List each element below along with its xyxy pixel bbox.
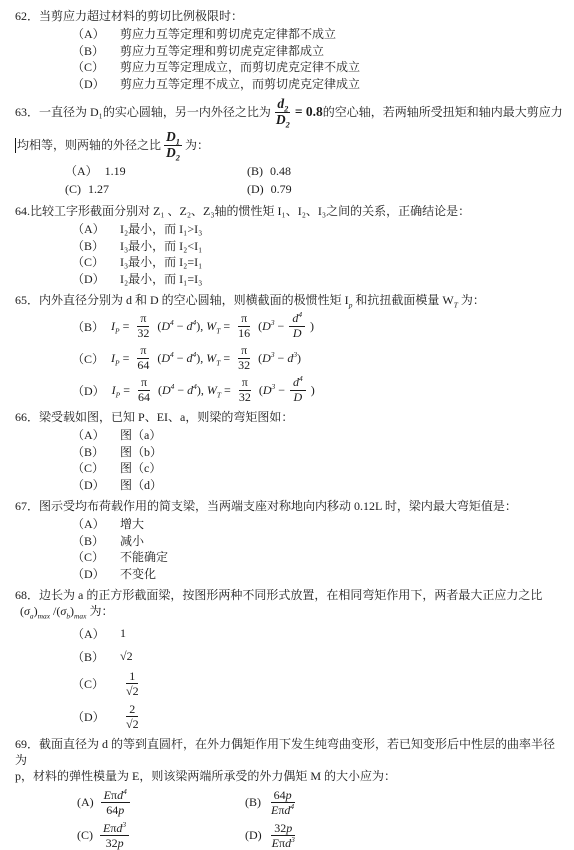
question-64: 64.比较工字形截面分别对 Z₁ 、Z₂、Z₃轴的惯性矩 I₁、I₂、I₃之间的…: [15, 203, 564, 287]
question-stem-tail: 为：: [185, 137, 209, 153]
option-label: （C）: [72, 460, 120, 477]
question-stem-cont: 均相等，则两轴的外径之比: [17, 137, 161, 153]
option-row: （B）√2: [72, 647, 564, 665]
question-number: 65．: [15, 293, 39, 307]
option-row: （A）1: [72, 624, 564, 642]
option-row: （A）图（a）: [72, 427, 564, 444]
fraction-numerator: 2: [126, 703, 138, 717]
question-63-head: 63．一直径为 D₁的实心圆轴，另一内外径之比为 d2D2 = 0.8 的空心轴…: [15, 97, 564, 127]
fraction: 1√2: [123, 670, 142, 698]
option-row: （B）减小: [72, 533, 564, 550]
question-64-head: 64.比较工字形截面分别对 Z₁ 、Z₂、Z₃轴的惯性矩 I₁、I₂、I₃之间的…: [15, 203, 564, 219]
fraction-numerator: D1: [164, 130, 182, 146]
fraction-denominator: D2: [164, 146, 182, 161]
question-62: 62．当剪应力超过材料的剪切比例极限时： （A）剪应力互等定理和剪切虎克定律都不…: [15, 8, 564, 92]
fraction: π32: [134, 312, 152, 340]
option-label: （D）: [72, 271, 120, 288]
question-69-head: 69．截面直径为 d 的等到直圆杆，在外力偶矩作用下发生纯弯曲变形，若已知变形后…: [15, 736, 564, 768]
fraction-denominator: 64: [134, 359, 152, 372]
formula-segment: ): [311, 383, 315, 398]
question-66: 66．梁受载如图，已知 P、EI、a，则梁的弯矩图如： （A）图（a） （B）图…: [15, 409, 564, 493]
option-label: （D）: [72, 566, 120, 583]
option-cell: (B)64pEπd4: [245, 789, 300, 817]
option-label: (C): [77, 828, 93, 843]
option-row: （D）2√2: [72, 703, 564, 731]
option-text: 图（d）: [120, 477, 162, 494]
option-label: (C): [65, 180, 81, 198]
option-row: （A）剪应力互等定理和剪切虎克定律都不成立: [72, 26, 564, 43]
question-63: 63．一直径为 D₁的实心圆轴，另一内外径之比为 d2D2 = 0.8 的空心轴…: [15, 97, 564, 198]
option-row: （D）I₂最小，而 I₁=I₃: [72, 271, 564, 288]
question-number: 62．: [15, 9, 39, 23]
fraction-d2-D2: d2D2: [274, 97, 292, 127]
fraction: π64: [134, 344, 152, 372]
option-row: （C）不能确定: [72, 549, 564, 566]
fraction: π32: [236, 376, 254, 404]
question-stem: 当剪应力超过材料的剪切比例极限时：: [39, 9, 243, 23]
fraction: 32pEπd3: [269, 822, 298, 850]
question-62-options: （A）剪应力互等定理和剪切虎克定律都不成立 （B）剪应力互等定理和剪切虎克定律都…: [72, 26, 564, 92]
fraction-denominator: D: [290, 327, 305, 340]
fraction-denominator: 32p: [103, 836, 127, 849]
option-text: 1.27: [88, 180, 109, 198]
fraction-denominator: 32: [134, 327, 152, 340]
option-text: 剪应力互等定理成立，而剪切虎克定律不成立: [120, 59, 360, 76]
option-cell: (D)32pEπd3: [245, 822, 301, 850]
option-label: （D）: [72, 477, 120, 494]
option-cell: (B)0.48: [247, 162, 429, 180]
option-label: （C）: [72, 254, 120, 271]
option-row: （C）剪应力互等定理成立，而剪切虎克定律不成立: [72, 59, 564, 76]
option-label: （C）: [72, 675, 120, 692]
option-row: （D）剪应力互等定理不成立，而剪切虎克定律成立: [72, 76, 564, 93]
question-65-head: 65．内外直径分别为 d 和 D 的空心圆轴，则横截面的极惯性矩 Ip 和抗扭截…: [15, 292, 564, 308]
question-number: 64.: [15, 204, 30, 218]
option-cell: (C)Eπd332p: [77, 822, 245, 850]
question-66-head: 66．梁受载如图，已知 P、EI、a，则梁的弯矩图如：: [15, 409, 564, 425]
question-number: 68．: [15, 588, 39, 602]
fraction-denominator: Eπd3: [269, 836, 298, 849]
text-cursor-artifact: [15, 138, 16, 153]
question-stem: 梁受载如图，已知 P、EI、a，则梁的弯矩图如：: [39, 410, 293, 424]
equation-value: = 0.8: [295, 104, 323, 120]
option-label: （B）: [72, 444, 120, 461]
option-label: （D）: [72, 708, 120, 725]
option-label: (B): [247, 162, 263, 180]
fraction: Eπd332p: [100, 822, 129, 850]
option-row: （D）不变化: [72, 566, 564, 583]
question-65: 65．内外直径分别为 d 和 D 的空心圆轴，则横截面的极惯性矩 Ip 和抗扭截…: [15, 292, 564, 404]
option-label: （B）: [72, 648, 120, 665]
fraction-denominator: 32: [235, 359, 253, 372]
option-label: （C）: [72, 59, 120, 76]
option-row: （A）增大: [72, 516, 564, 533]
question-stem-line1: 截面直径为 d 的等到直圆杆，在外力偶矩作用下发生纯弯曲变形，若已知变形后中性层…: [15, 737, 555, 767]
question-62-head: 62．当剪应力超过材料的剪切比例极限时：: [15, 8, 564, 24]
question-63-line2: 均相等，则两轴的外径之比 D1D2 为：: [15, 130, 564, 160]
fraction-denominator: D2: [274, 113, 292, 128]
document-page: 62．当剪应力超过材料的剪切比例极限时： （A）剪应力互等定理和剪切虎克定律都不…: [0, 0, 574, 850]
option-cell: （A）1.19: [65, 162, 247, 180]
option-text: 图（c）: [120, 460, 161, 477]
option-text: 0.48: [270, 162, 291, 180]
option-row: （C）I₃最小，而 I₂=I₁: [72, 254, 564, 271]
fraction-numerator: π: [238, 312, 250, 326]
fraction-denominator: 32: [236, 391, 254, 404]
option-text: 增大: [120, 516, 144, 533]
option-text: I₂最小，而 I₁=I₃: [120, 271, 202, 288]
option-cell: (D)0.79: [247, 180, 429, 198]
option-label: （B）: [72, 533, 120, 550]
fraction: Eπd464p: [101, 789, 130, 817]
fraction-denominator: Eπd4: [268, 803, 297, 816]
fraction: d4D: [290, 376, 306, 404]
fraction-denominator: √2: [123, 684, 142, 697]
question-stem: 图示受均布荷载作用的简支梁，当两端支座对称地向内移动 0.12L 时，梁内最大弯…: [39, 499, 517, 513]
option-row: （A）I₂最小，而 I₁>I₃: [72, 221, 564, 238]
option-cell: (A)Eπd464p: [77, 789, 245, 817]
formula-segment: (D3 − d3): [258, 351, 301, 366]
option-label: （A）: [72, 625, 120, 642]
option-text: 图（b）: [120, 444, 162, 461]
option-row-cd: (C)Eπd332p (D)32pEπd3: [77, 822, 564, 850]
option-text: 剪应力互等定理和剪切虎克定律都成立: [120, 43, 324, 60]
option-label: （A）: [65, 162, 98, 180]
option-row: （B）I₃最小，而 I₂<I₁: [72, 238, 564, 255]
fraction: 2√2: [123, 703, 142, 731]
question-number: 66．: [15, 410, 39, 424]
question-stem-post: 的空心轴，若两轴所受扭矩和轴内最大剪应力: [323, 104, 563, 120]
fraction-numerator: d4: [290, 376, 306, 390]
fraction: π16: [235, 312, 253, 340]
fraction-numerator: Eπd3: [100, 822, 129, 836]
option-label: （A）: [72, 221, 120, 238]
question-66-options: （A）图（a） （B）图（b） （C）图（c） （D）图（d）: [72, 427, 564, 493]
option-text: 不变化: [120, 566, 156, 583]
formula-segment: (D4 − d4), WT =: [157, 351, 230, 366]
question-68-head-line2: (σa)max /(σb)max 为：: [15, 603, 564, 619]
fraction-numerator: π: [137, 344, 149, 358]
option-text: 不能确定: [120, 549, 168, 566]
question-number: 63．: [15, 104, 39, 120]
option-cell: (C)1.27: [65, 180, 247, 198]
option-row-ab: （A）1.19 (B)0.48: [65, 162, 564, 180]
option-label: (A): [77, 795, 94, 810]
question-stem-pre: 一直径为 D₁的实心圆轴，另一内外径之比为: [39, 104, 271, 120]
question-67-head: 67．图示受均布荷载作用的简支梁，当两端支座对称地向内移动 0.12L 时，梁内…: [15, 498, 564, 514]
fraction-numerator: π: [138, 376, 150, 390]
option-label: (B): [245, 795, 261, 810]
question-68-head: 68．边长为 a 的正方形截面梁，按图形两种不同形式放置，在相同弯矩作用下，两者…: [15, 587, 564, 603]
formula-segment: (D3 −: [258, 319, 284, 334]
option-value: 1: [120, 626, 126, 641]
fraction-denominator: 64: [135, 391, 153, 404]
option-text: 减小: [120, 533, 144, 550]
option-text: I₂最小，而 I₁>I₃: [120, 221, 202, 238]
option-text: I₃最小，而 I₂=I₁: [120, 254, 202, 271]
question-number: 69．: [15, 737, 39, 751]
option-text: 1.19: [105, 162, 126, 180]
fraction: π32: [235, 344, 253, 372]
question-stem: 比较工字形截面分别对 Z₁ 、Z₂、Z₃轴的惯性矩 I₁、I₂、I₃之间的关系，…: [30, 204, 470, 218]
fraction-numerator: d4: [289, 312, 305, 326]
option-label: （B）: [72, 43, 120, 60]
option-label: （C）: [72, 350, 104, 367]
option-row-formula-b: （B） IP = π32 (D4 − d4), WT = π16 (D3 − d…: [72, 312, 564, 340]
option-text: 剪应力互等定理不成立，而剪切虎克定律成立: [120, 76, 360, 93]
formula-segment: ): [310, 319, 314, 334]
option-label: （D）: [72, 76, 120, 93]
option-label: (D): [247, 180, 264, 198]
option-value: √2: [120, 649, 133, 664]
fraction-numerator: π: [239, 376, 251, 390]
option-row: （D）图（d）: [72, 477, 564, 494]
question-64-options: （A）I₂最小，而 I₁>I₃ （B）I₃最小，而 I₂<I₁ （C）I₃最小，…: [72, 221, 564, 287]
fraction-denominator: 16: [235, 327, 253, 340]
fraction-denominator: √2: [123, 717, 142, 730]
fraction-denominator: 64p: [103, 803, 127, 816]
formula-segment: IP =: [111, 319, 129, 334]
question-69: 69．截面直径为 d 的等到直圆杆，在外力偶矩作用下发生纯弯曲变形，若已知变形后…: [15, 736, 564, 850]
question-69-head-line2: p，材料的弹性模量为 E，则该梁两端所承受的外力偶矩 M 的大小应为：: [15, 768, 564, 784]
option-label: （A）: [72, 26, 120, 43]
option-text: 剪应力互等定理和剪切虎克定律都不成立: [120, 26, 336, 43]
fraction: d4D: [289, 312, 305, 340]
option-label: （B）: [72, 238, 120, 255]
question-67: 67．图示受均布荷载作用的简支梁，当两端支座对称地向内移动 0.12L 时，梁内…: [15, 498, 564, 582]
formula-segment: IP =: [112, 383, 130, 398]
option-text: I₃最小，而 I₂<I₁: [120, 238, 202, 255]
formula-segment: (D4 − d4), WT =: [157, 319, 230, 334]
option-row: （B）图（b）: [72, 444, 564, 461]
fraction-numerator: 1: [126, 670, 138, 684]
option-row-ab: (A)Eπd464p (B)64pEπd4: [77, 789, 564, 817]
fraction: π64: [135, 376, 153, 404]
question-68: 68．边长为 a 的正方形截面梁，按图形两种不同形式放置，在相同弯矩作用下，两者…: [15, 587, 564, 731]
option-label: （A）: [72, 427, 120, 444]
fraction-numerator: Eπd4: [101, 789, 130, 803]
option-row: （C）图（c）: [72, 460, 564, 477]
option-text: 图（a）: [120, 427, 161, 444]
question-69-options: (A)Eπd464p (B)64pEπd4 (C)Eπd332p (D)32pE…: [77, 789, 564, 850]
option-text: 0.79: [271, 180, 292, 198]
question-number: 67．: [15, 499, 39, 513]
option-label: (D): [245, 828, 262, 843]
option-row-cd: (C)1.27 (D)0.79: [65, 180, 564, 198]
fraction-numerator: π: [238, 344, 250, 358]
fraction: 64pEπd4: [268, 789, 297, 817]
option-row-formula-d: （D） IP = π64 (D4 − d4), WT = π32 (D3 − d…: [72, 376, 564, 404]
option-label: （C）: [72, 549, 120, 566]
question-stem-line1: 边长为 a 的正方形截面梁，按图形两种不同形式放置，在相同弯矩作用下，两者最大正…: [39, 588, 542, 602]
option-row-formula-c: （C） IP = π64 (D4 − d4), WT = π32 (D3 − d…: [72, 344, 564, 372]
fraction-denominator: D: [291, 391, 306, 404]
formula-segment: (D4 − d4), WT =: [158, 383, 231, 398]
option-label: （D）: [72, 382, 105, 399]
option-row: （B）剪应力互等定理和剪切虎克定律都成立: [72, 43, 564, 60]
question-67-options: （A）增大 （B）减小 （C）不能确定 （D）不变化: [72, 516, 564, 582]
formula-segment: IP =: [111, 351, 129, 366]
fraction-numerator: d2: [275, 97, 290, 113]
formula-segment: (D3 −: [259, 383, 285, 398]
option-row: （C）1√2: [72, 670, 564, 698]
fraction-D1-D2: D1D2: [164, 130, 182, 160]
question-stem: 内外直径分别为 d 和 D 的空心圆轴，则横截面的极惯性矩 Ip 和抗扭截面模量…: [39, 293, 485, 307]
fraction-numerator: π: [137, 312, 149, 326]
option-label: （A）: [72, 516, 120, 533]
option-label: （B）: [72, 318, 104, 335]
